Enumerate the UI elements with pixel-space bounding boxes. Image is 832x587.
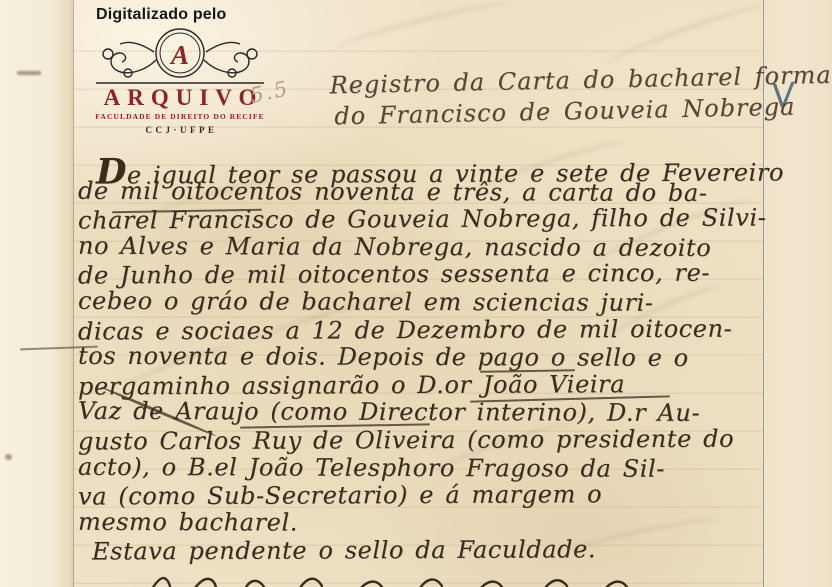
archive-unit: CCJ·UFPE [92,125,268,135]
digitized-by-label: Digitalizado pelo [92,6,268,24]
ink-smudge [17,71,41,75]
left-margin-strip [0,0,73,587]
body-line: charel Francisco de Gouveia Nobrega, fil… [78,204,778,235]
archive-monogram: A [92,40,268,71]
body-line: Vaz de Araujo (como Director interino), … [78,397,778,427]
body-line: tos noventa e dois. Depois de pago o sel… [78,342,778,372]
body-line: mesmo bacharel. [78,507,778,537]
body-line: De igual teor se passou a vinte e sete d… [78,148,778,179]
body-line: pergaminho assignarão o D.or João Vieira [78,369,778,400]
body-line: dicas e sociaes a 12 de Dezembro de mil … [78,314,778,345]
archive-subtitle: FACULDADE DE DIREITO DO RECIFE [92,112,268,121]
manuscript-body: De igual teor se passou a vinte e sete d… [78,150,778,564]
left-margin-rule [73,0,74,587]
body-line: no Alves e Maria da Nobrega, nascido a d… [78,232,778,262]
body-line: va (como Sub-Secretario) e á margem o [78,480,778,511]
body-line: de Junho de mil oitocentos sessenta e ci… [78,259,778,290]
scanned-manuscript-page: { "stamp": { "digitized_by": "Digitaliza… [0,0,832,587]
body-line: Estava pendente o sello da Faculdade. [78,535,778,566]
cutoff-line-strokes [150,574,670,587]
archive-emblem: A [92,26,268,88]
archive-stamp: Digitalizado pelo A ARQUIVO FACULDAD [92,6,268,135]
body-line: acto), o B.el João Telesphoro Fragoso da… [78,452,778,482]
ink-dot [5,454,12,460]
archive-name: ARQUIVO [92,85,268,111]
body-line: cebeo o gráo de bacharel em sciencias ju… [78,287,778,317]
ink-bleed-mark [331,0,520,60]
register-header: Registro da Carta do bacharel forma- do … [329,61,832,134]
body-line: gusto Carlos Ruy de Oliveira (como presi… [78,424,778,455]
body-line: de mil oitocentos noventa e três, a cart… [78,176,778,206]
